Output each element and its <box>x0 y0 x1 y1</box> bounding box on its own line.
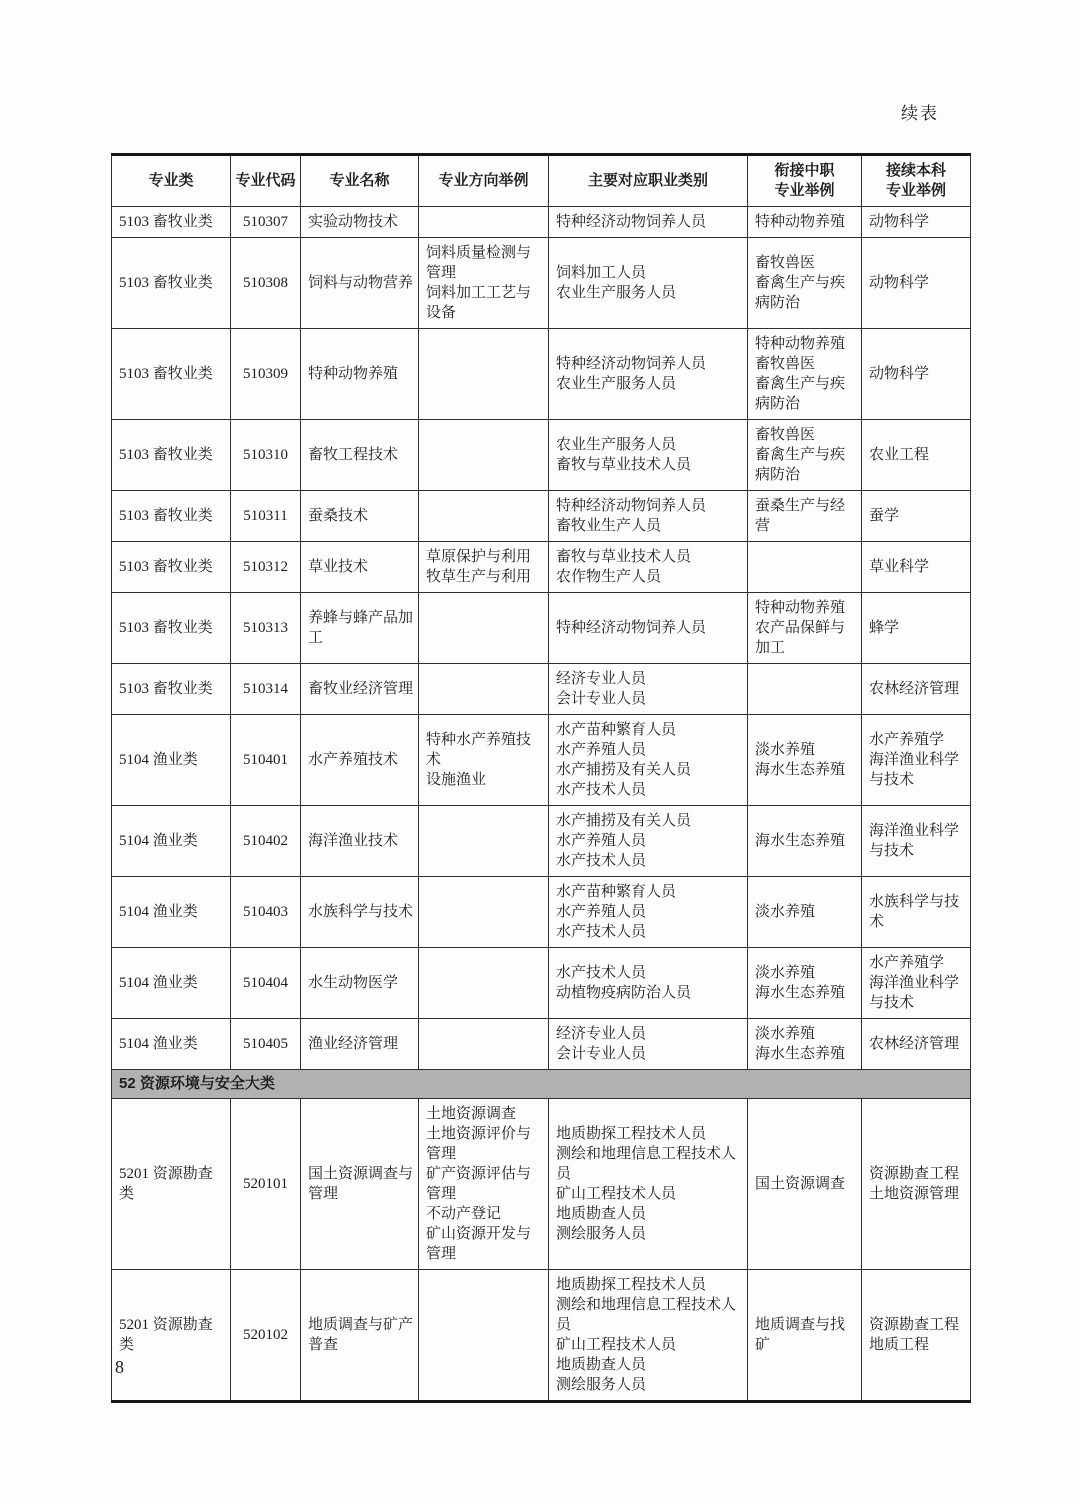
cell-code: 510402 <box>231 806 301 877</box>
cell-undergraduate: 动物科学 <box>862 238 971 329</box>
cell-undergraduate: 水产养殖学海洋渔业科学与技术 <box>862 948 971 1019</box>
cell-occupations: 水产捕捞及有关人员水产养殖人员水产技术人员 <box>549 806 748 877</box>
cell-directions: 土地资源调查土地资源评价与管理矿产资源评估与管理不动产登记矿山资源开发与管理 <box>419 1099 549 1270</box>
section-label: 52 资源环境与安全大类 <box>112 1070 971 1099</box>
cell-line: 地质调查与矿产普查 <box>308 1315 415 1355</box>
cell-line: 养蜂与蜂产品加工 <box>308 608 415 648</box>
cell-line: 测绘和地理信息工程技术人员 <box>556 1144 744 1184</box>
cell-line: 饲料加工工艺与设备 <box>426 283 545 323</box>
cell-code: 510312 <box>231 542 301 593</box>
cell-category: 5103 畜牧业类 <box>112 238 231 329</box>
cell-line: 5104 渔业类 <box>119 902 227 922</box>
cell-secondary-vocational: 特种动物养殖 <box>748 207 862 238</box>
cell-category: 5201 资源勘查类 <box>112 1270 231 1402</box>
cell-secondary-vocational: 特种动物养殖农产品保鲜与加工 <box>748 593 862 664</box>
cell-undergraduate: 动物科学 <box>862 207 971 238</box>
cell-line: 经济专业人员 <box>556 669 744 689</box>
cell-line: 水产养殖人员 <box>556 831 744 851</box>
cell-line: 资源勘查工程 <box>869 1315 967 1335</box>
cell-directions <box>419 877 549 948</box>
cell-line: 资源勘查工程 <box>869 1164 967 1184</box>
cell-line: 水族科学与技术 <box>869 892 967 932</box>
cell-line: 510403 <box>233 902 298 922</box>
cell-line: 淡水养殖 <box>755 740 858 760</box>
cell-undergraduate: 草业科学 <box>862 542 971 593</box>
cell-line: 渔业经济管理 <box>308 1034 415 1054</box>
cell-line: 5201 资源勘查类 <box>119 1164 227 1204</box>
cell-line: 510311 <box>233 506 298 526</box>
cell-line: 水族科学与技术 <box>308 902 415 922</box>
cell-line: 特种动物养殖 <box>308 364 415 384</box>
cell-line: 矿山资源开发与管理 <box>426 1224 545 1264</box>
cell-name: 海洋渔业技术 <box>301 806 419 877</box>
cell-line: 畜牧工程技术 <box>308 445 415 465</box>
cell-occupations: 特种经济动物饲养人员农业生产服务人员 <box>549 329 748 420</box>
cell-line: 水产捕捞及有关人员 <box>556 760 744 780</box>
cell-secondary-vocational: 淡水养殖海水生态养殖 <box>748 715 862 806</box>
cell-line: 饲料质量检测与管理 <box>426 243 545 283</box>
cell-occupations: 地质勘探工程技术人员测绘和地理信息工程技术人员矿山工程技术人员地质勘查人员测绘服… <box>549 1270 748 1402</box>
cell-line: 510401 <box>233 750 298 770</box>
cell-directions <box>419 593 549 664</box>
cell-line: 畜禽生产与疾病防治 <box>755 374 858 414</box>
cell-line: 土地资源评价与管理 <box>426 1124 545 1164</box>
table-row: 5103 畜牧业类510312草业技术草原保护与利用牧草生产与利用畜牧与草业技术… <box>112 542 971 593</box>
cell-line: 海洋渔业技术 <box>308 831 415 851</box>
cell-line: 510405 <box>233 1034 298 1054</box>
cell-secondary-vocational: 地质调查与找矿 <box>748 1270 862 1402</box>
cell-name: 水生动物医学 <box>301 948 419 1019</box>
cell-line: 5103 畜牧业类 <box>119 364 227 384</box>
cell-name: 国土资源调查与管理 <box>301 1099 419 1270</box>
cell-line: 5103 畜牧业类 <box>119 445 227 465</box>
cell-occupations: 特种经济动物饲养人员 <box>549 593 748 664</box>
cell-occupations: 特种经济动物饲养人员 <box>549 207 748 238</box>
cell-code: 510405 <box>231 1019 301 1070</box>
cell-line: 5104 渔业类 <box>119 973 227 993</box>
cell-line: 510314 <box>233 679 298 699</box>
cell-line: 特种经济动物饲养人员 <box>556 618 744 638</box>
cell-line: 510309 <box>233 364 298 384</box>
cell-line: 草原保护与利用 <box>426 547 545 567</box>
cell-name: 饲料与动物营养 <box>301 238 419 329</box>
cell-category: 5103 畜牧业类 <box>112 542 231 593</box>
continued-table-label: 续表 <box>901 99 939 124</box>
cell-code: 510309 <box>231 329 301 420</box>
cell-category: 5103 畜牧业类 <box>112 207 231 238</box>
cell-line: 特种经济动物饲养人员 <box>556 354 744 374</box>
cell-undergraduate: 资源勘查工程地质工程 <box>862 1270 971 1402</box>
cell-undergraduate: 水族科学与技术 <box>862 877 971 948</box>
cell-line: 地质工程 <box>869 1335 967 1355</box>
cell-directions: 草原保护与利用牧草生产与利用 <box>419 542 549 593</box>
cell-line: 海水生态养殖 <box>755 1044 858 1064</box>
cell-line: 特种经济动物饲养人员 <box>556 496 744 516</box>
cell-directions <box>419 491 549 542</box>
cell-category: 5104 渔业类 <box>112 1019 231 1070</box>
cell-line: 水产技术人员 <box>556 922 744 942</box>
cell-line: 动物科学 <box>869 212 967 232</box>
cell-secondary-vocational: 畜牧兽医畜禽生产与疾病防治 <box>748 420 862 491</box>
cell-line: 5103 畜牧业类 <box>119 273 227 293</box>
cell-code: 510404 <box>231 948 301 1019</box>
cell-line: 饲料加工人员 <box>556 263 744 283</box>
cell-line: 地质勘查人员 <box>556 1355 744 1375</box>
header-occupations: 主要对应职业类别 <box>549 155 748 207</box>
table-row: 5104 渔业类510401水产养殖技术特种水产养殖技术设施渔业水产苗种繁育人员… <box>112 715 971 806</box>
cell-line: 畜牧兽医 <box>755 253 858 273</box>
cell-line: 地质调查与找矿 <box>755 1315 858 1355</box>
cell-undergraduate: 蜂学 <box>862 593 971 664</box>
cell-line: 水产技术人员 <box>556 963 744 983</box>
cell-line: 海水生态养殖 <box>755 760 858 780</box>
table-row: 5104 渔业类510405渔业经济管理经济专业人员会计专业人员淡水养殖海水生态… <box>112 1019 971 1070</box>
cell-line: 5103 畜牧业类 <box>119 212 227 232</box>
cell-line: 会计专业人员 <box>556 1044 744 1064</box>
cell-directions <box>419 1270 549 1402</box>
table-row: 5104 渔业类510403水族科学与技术水产苗种繁育人员水产养殖人员水产技术人… <box>112 877 971 948</box>
header-code: 专业代码 <box>231 155 301 207</box>
cell-line: 农产品保鲜与加工 <box>755 618 858 658</box>
cell-line: 5103 畜牧业类 <box>119 679 227 699</box>
cell-directions <box>419 664 549 715</box>
cell-line: 水生动物医学 <box>308 973 415 993</box>
cell-line: 510404 <box>233 973 298 993</box>
cell-line: 土地资源调查 <box>426 1104 545 1124</box>
cell-line: 5104 渔业类 <box>119 1034 227 1054</box>
cell-line: 农业生产服务人员 <box>556 435 744 455</box>
cell-occupations: 饲料加工人员农业生产服务人员 <box>549 238 748 329</box>
cell-line: 520102 <box>233 1325 298 1345</box>
cell-directions <box>419 207 549 238</box>
cell-line: 特种动物养殖 <box>755 598 858 618</box>
cell-line: 特种经济动物饲养人员 <box>556 212 744 232</box>
header-category: 专业类 <box>112 155 231 207</box>
cell-line: 淡水养殖 <box>755 963 858 983</box>
cell-line: 510313 <box>233 618 298 638</box>
cell-line: 畜牧与草业技术人员 <box>556 455 744 475</box>
cell-undergraduate: 农林经济管理 <box>862 1019 971 1070</box>
table-row: 5201 资源勘查类520101国土资源调查与管理土地资源调查土地资源评价与管理… <box>112 1099 971 1270</box>
cell-occupations: 特种经济动物饲养人员畜牧业生产人员 <box>549 491 748 542</box>
cell-code: 510307 <box>231 207 301 238</box>
cell-directions <box>419 420 549 491</box>
cell-line: 地质勘探工程技术人员 <box>556 1275 744 1295</box>
cell-line: 海水生态养殖 <box>755 831 858 851</box>
cell-line: 牧草生产与利用 <box>426 567 545 587</box>
table-row: 5103 畜牧业类510311蚕桑技术特种经济动物饲养人员畜牧业生产人员蚕桑生产… <box>112 491 971 542</box>
cell-line: 水产技术人员 <box>556 780 744 800</box>
cell-line: 土地资源管理 <box>869 1184 967 1204</box>
cell-line: 蚕学 <box>869 506 967 526</box>
cell-line: 淡水养殖 <box>755 902 858 922</box>
cell-occupations: 经济专业人员会计专业人员 <box>549 664 748 715</box>
cell-line: 畜禽生产与疾病防治 <box>755 273 858 313</box>
cell-name: 水产养殖技术 <box>301 715 419 806</box>
cell-code: 510313 <box>231 593 301 664</box>
cell-line: 畜牧兽医 <box>755 425 858 445</box>
cell-name: 渔业经济管理 <box>301 1019 419 1070</box>
cell-line: 海洋渔业科学与技术 <box>869 750 967 790</box>
cell-name: 畜牧工程技术 <box>301 420 419 491</box>
cell-name: 地质调查与矿产普查 <box>301 1270 419 1402</box>
cell-code: 510311 <box>231 491 301 542</box>
cell-line: 草业技术 <box>308 557 415 577</box>
table-row: 5103 畜牧业类510307实验动物技术特种经济动物饲养人员特种动物养殖动物科… <box>112 207 971 238</box>
cell-category: 5103 畜牧业类 <box>112 329 231 420</box>
table-row: 5103 畜牧业类510313养蜂与蜂产品加工特种经济动物饲养人员特种动物养殖农… <box>112 593 971 664</box>
cell-line: 矿山工程技术人员 <box>556 1184 744 1204</box>
cell-line: 畜牧与草业技术人员 <box>556 547 744 567</box>
cell-line: 水产养殖学 <box>869 953 967 973</box>
cell-occupations: 水产技术人员动植物疫病防治人员 <box>549 948 748 1019</box>
cell-name: 水族科学与技术 <box>301 877 419 948</box>
cell-secondary-vocational: 畜牧兽医畜禽生产与疾病防治 <box>748 238 862 329</box>
table-header: 专业类 专业代码 专业名称 专业方向举例 主要对应职业类别 衔接中职 专业举例 … <box>112 155 971 207</box>
cell-line: 国土资源调查与管理 <box>308 1164 415 1204</box>
table-row: 5103 畜牧业类510308饲料与动物营养饲料质量检测与管理饲料加工工艺与设备… <box>112 238 971 329</box>
cell-line: 特种动物养殖 <box>755 212 858 232</box>
cell-line: 农林经济管理 <box>869 679 967 699</box>
cell-line: 畜牧业经济管理 <box>308 679 415 699</box>
cell-line: 农业生产服务人员 <box>556 283 744 303</box>
cell-line: 畜牧兽医 <box>755 354 858 374</box>
cell-line: 510308 <box>233 273 298 293</box>
cell-directions <box>419 948 549 1019</box>
table-row: 5104 渔业类510402海洋渔业技术水产捕捞及有关人员水产养殖人员水产技术人… <box>112 806 971 877</box>
cell-occupations: 水产苗种繁育人员水产养殖人员水产技术人员 <box>549 877 748 948</box>
cell-line: 测绘服务人员 <box>556 1224 744 1244</box>
cell-name: 养蜂与蜂产品加工 <box>301 593 419 664</box>
cell-line: 水产养殖技术 <box>308 750 415 770</box>
cell-line: 矿山工程技术人员 <box>556 1335 744 1355</box>
cell-name: 畜牧业经济管理 <box>301 664 419 715</box>
cell-category: 5104 渔业类 <box>112 806 231 877</box>
cell-line: 水产养殖人员 <box>556 902 744 922</box>
cell-line: 经济专业人员 <box>556 1024 744 1044</box>
cell-line: 510402 <box>233 831 298 851</box>
cell-line: 农业生产服务人员 <box>556 374 744 394</box>
majors-table-wrap: 专业类 专业代码 专业名称 专业方向举例 主要对应职业类别 衔接中职 专业举例 … <box>111 153 970 1403</box>
cell-directions <box>419 329 549 420</box>
cell-line: 5103 畜牧业类 <box>119 618 227 638</box>
cell-line: 地质勘查人员 <box>556 1204 744 1224</box>
cell-category: 5104 渔业类 <box>112 877 231 948</box>
cell-undergraduate: 资源勘查工程土地资源管理 <box>862 1099 971 1270</box>
cell-line: 水产捕捞及有关人员 <box>556 811 744 831</box>
cell-line: 水产养殖人员 <box>556 740 744 760</box>
cell-line: 510307 <box>233 212 298 232</box>
cell-line: 地质勘探工程技术人员 <box>556 1124 744 1144</box>
header-directions: 专业方向举例 <box>419 155 549 207</box>
cell-line: 水产养殖学 <box>869 730 967 750</box>
cell-line: 5201 资源勘查类 <box>119 1315 227 1355</box>
cell-secondary-vocational <box>748 664 862 715</box>
cell-code: 510401 <box>231 715 301 806</box>
cell-line: 520101 <box>233 1174 298 1194</box>
cell-line: 动物科学 <box>869 364 967 384</box>
cell-name: 实验动物技术 <box>301 207 419 238</box>
table-row: 5104 渔业类510404水生动物医学水产技术人员动植物疫病防治人员淡水养殖海… <box>112 948 971 1019</box>
cell-line: 动植物疫病防治人员 <box>556 983 744 1003</box>
table-body: 5103 畜牧业类510307实验动物技术特种经济动物饲养人员特种动物养殖动物科… <box>112 207 971 1402</box>
cell-secondary-vocational: 蚕桑生产与经营 <box>748 491 862 542</box>
cell-category: 5103 畜牧业类 <box>112 593 231 664</box>
cell-line: 海水生态养殖 <box>755 983 858 1003</box>
cell-line: 水产苗种繁育人员 <box>556 882 744 902</box>
cell-line: 测绘服务人员 <box>556 1375 744 1395</box>
cell-line: 饲料与动物营养 <box>308 273 415 293</box>
cell-name: 特种动物养殖 <box>301 329 419 420</box>
cell-code: 510308 <box>231 238 301 329</box>
cell-line: 畜禽生产与疾病防治 <box>755 445 858 485</box>
cell-line: 农林经济管理 <box>869 1034 967 1054</box>
cell-occupations: 农业生产服务人员畜牧与草业技术人员 <box>549 420 748 491</box>
cell-line: 实验动物技术 <box>308 212 415 232</box>
section-row: 52 资源环境与安全大类 <box>112 1070 971 1099</box>
cell-line: 510310 <box>233 445 298 465</box>
majors-table: 专业类 专业代码 专业名称 专业方向举例 主要对应职业类别 衔接中职 专业举例 … <box>111 153 971 1403</box>
header-name: 专业名称 <box>301 155 419 207</box>
cell-category: 5104 渔业类 <box>112 715 231 806</box>
cell-code: 510314 <box>231 664 301 715</box>
cell-occupations: 水产苗种繁育人员水产养殖人员水产捕捞及有关人员水产技术人员 <box>549 715 748 806</box>
cell-occupations: 经济专业人员会计专业人员 <box>549 1019 748 1070</box>
cell-line: 蚕桑技术 <box>308 506 415 526</box>
cell-line: 淡水养殖 <box>755 1024 858 1044</box>
cell-directions: 特种水产养殖技术设施渔业 <box>419 715 549 806</box>
table-row: 5103 畜牧业类510310畜牧工程技术农业生产服务人员畜牧与草业技术人员畜牧… <box>112 420 971 491</box>
cell-line: 特种动物养殖 <box>755 334 858 354</box>
table-row: 5103 畜牧业类510309特种动物养殖特种经济动物饲养人员农业生产服务人员特… <box>112 329 971 420</box>
cell-line: 5103 畜牧业类 <box>119 557 227 577</box>
cell-category: 5103 畜牧业类 <box>112 420 231 491</box>
cell-directions <box>419 1019 549 1070</box>
cell-undergraduate: 农业工程 <box>862 420 971 491</box>
header-secondary-vocational: 衔接中职 专业举例 <box>748 155 862 207</box>
table-row: 5201 资源勘查类520102地质调查与矿产普查地质勘探工程技术人员测绘和地理… <box>112 1270 971 1402</box>
cell-code: 520102 <box>231 1270 301 1402</box>
cell-name: 蚕桑技术 <box>301 491 419 542</box>
cell-occupations: 地质勘探工程技术人员测绘和地理信息工程技术人员矿山工程技术人员地质勘查人员测绘服… <box>549 1099 748 1270</box>
cell-line: 矿产资源评估与管理 <box>426 1164 545 1204</box>
cell-code: 510403 <box>231 877 301 948</box>
cell-name: 草业技术 <box>301 542 419 593</box>
cell-secondary-vocational: 淡水养殖 <box>748 877 862 948</box>
cell-line: 特种水产养殖技术 <box>426 730 545 770</box>
cell-occupations: 畜牧与草业技术人员农作物生产人员 <box>549 542 748 593</box>
cell-line: 蚕桑生产与经营 <box>755 496 858 536</box>
header-row: 专业类 专业代码 专业名称 专业方向举例 主要对应职业类别 衔接中职 专业举例 … <box>112 155 971 207</box>
table-row: 5103 畜牧业类510314畜牧业经济管理经济专业人员会计专业人员农林经济管理 <box>112 664 971 715</box>
cell-directions: 饲料质量检测与管理饲料加工工艺与设备 <box>419 238 549 329</box>
cell-code: 520101 <box>231 1099 301 1270</box>
header-undergraduate: 接续本科 专业举例 <box>862 155 971 207</box>
cell-line: 不动产登记 <box>426 1204 545 1224</box>
cell-line: 海洋渔业科学与技术 <box>869 973 967 1013</box>
cell-line: 5104 渔业类 <box>119 831 227 851</box>
cell-secondary-vocational <box>748 542 862 593</box>
cell-undergraduate: 蚕学 <box>862 491 971 542</box>
cell-secondary-vocational: 淡水养殖海水生态养殖 <box>748 1019 862 1070</box>
cell-secondary-vocational: 国土资源调查 <box>748 1099 862 1270</box>
cell-line: 水产苗种繁育人员 <box>556 720 744 740</box>
cell-secondary-vocational: 海水生态养殖 <box>748 806 862 877</box>
cell-line: 蜂学 <box>869 618 967 638</box>
cell-line: 测绘和地理信息工程技术人员 <box>556 1295 744 1335</box>
cell-secondary-vocational: 特种动物养殖畜牧兽医畜禽生产与疾病防治 <box>748 329 862 420</box>
cell-category: 5104 渔业类 <box>112 948 231 1019</box>
cell-line: 动物科学 <box>869 273 967 293</box>
cell-line: 农作物生产人员 <box>556 567 744 587</box>
cell-line: 会计专业人员 <box>556 689 744 709</box>
cell-category: 5103 畜牧业类 <box>112 491 231 542</box>
cell-line: 国土资源调查 <box>755 1174 858 1194</box>
cell-directions <box>419 806 549 877</box>
cell-line: 5103 畜牧业类 <box>119 506 227 526</box>
cell-category: 5201 资源勘查类 <box>112 1099 231 1270</box>
cell-line: 草业科学 <box>869 557 967 577</box>
cell-line: 海洋渔业科学与技术 <box>869 821 967 861</box>
cell-category: 5103 畜牧业类 <box>112 664 231 715</box>
cell-line: 农业工程 <box>869 445 967 465</box>
cell-line: 畜牧业生产人员 <box>556 516 744 536</box>
cell-line: 5104 渔业类 <box>119 750 227 770</box>
cell-secondary-vocational: 淡水养殖海水生态养殖 <box>748 948 862 1019</box>
page-number: 8 <box>115 1357 124 1378</box>
cell-line: 510312 <box>233 557 298 577</box>
cell-undergraduate: 水产养殖学海洋渔业科学与技术 <box>862 715 971 806</box>
cell-line: 水产技术人员 <box>556 851 744 871</box>
cell-code: 510310 <box>231 420 301 491</box>
cell-undergraduate: 动物科学 <box>862 329 971 420</box>
cell-undergraduate: 海洋渔业科学与技术 <box>862 806 971 877</box>
cell-line: 设施渔业 <box>426 770 545 790</box>
cell-undergraduate: 农林经济管理 <box>862 664 971 715</box>
